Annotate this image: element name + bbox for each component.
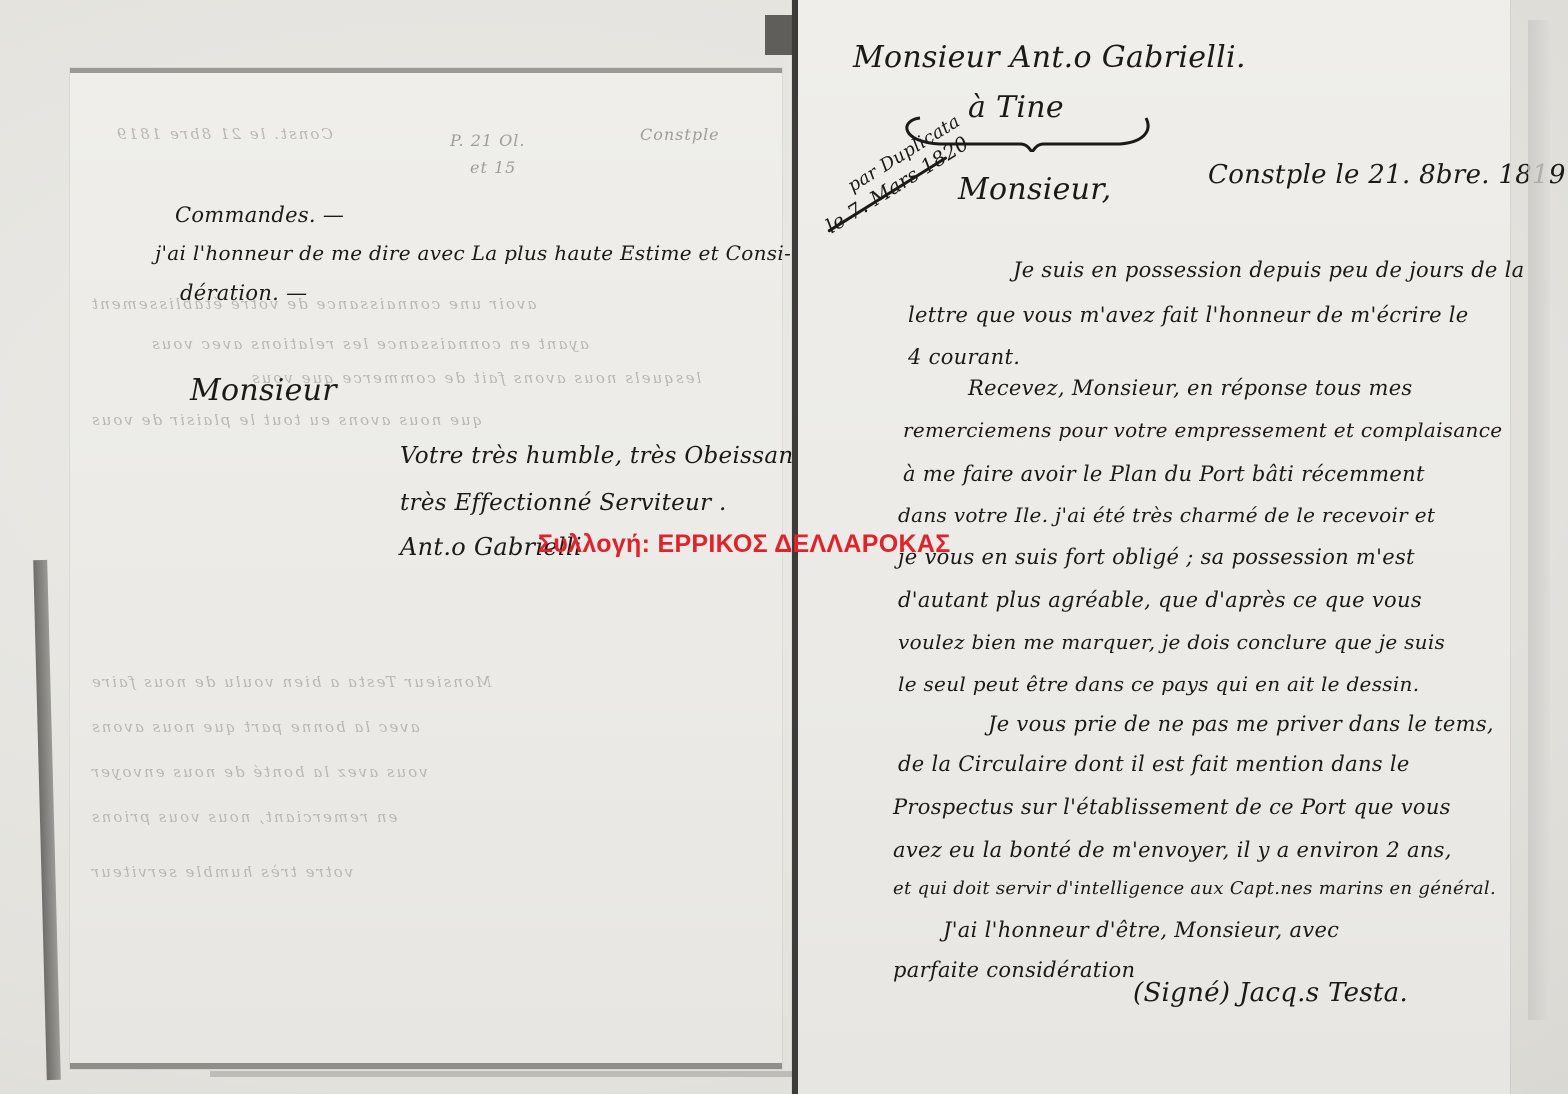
bleed-through-line: votre très humble serviteur [90, 863, 353, 881]
body-line: dans votre Ile. j'ai été très charmé de … [898, 503, 1435, 527]
address-brace-flourish [900, 110, 1160, 152]
bleed-through-line: ayant en connaissance les relations avec… [150, 335, 589, 353]
faint-header-date: Const. le 21 8bre 1819 [115, 125, 333, 143]
bleed-through-line: en remerciant, nous vous prions [90, 808, 397, 826]
body-line: je vous en suis fort obligé ; sa possess… [898, 545, 1415, 569]
body-line: avez eu la bonté de m'envoyer, il y a en… [893, 838, 1452, 862]
right-signature: (Signé) Jacq.s Testa. [1133, 978, 1408, 1008]
bleed-through-line: vous avez la bonté de nous envoyer [90, 763, 428, 781]
closing-consideration: dération. — [180, 281, 307, 305]
body-line: remerciemens pour votre empressement et … [903, 418, 1502, 442]
left-letter-page: Const. le 21 8bre 1819 P. 21 Ol. Constpl… [70, 68, 782, 1069]
body-line: lettre que vous m'avez fait l'honneur de… [908, 303, 1469, 327]
body-line: J'ai l'honneur d'être, Monsieur, avec [943, 918, 1339, 942]
body-line: de la Circulaire dont il est fait mentio… [898, 752, 1410, 776]
left-salutation: Monsieur [190, 373, 337, 408]
body-line: Prospectus sur l'établissement de ce Por… [893, 795, 1451, 819]
body-line: 4 courant. [908, 345, 1020, 369]
body-line: à me faire avoir le Plan du Port bâti ré… [903, 462, 1425, 486]
signoff-line-2: très Effectionné Serviteur . [400, 490, 727, 516]
body-line: parfaite considération [893, 958, 1135, 982]
faint-header-place: Constple [640, 125, 720, 144]
body-line: et qui doit servir d'intelligence aux Ca… [893, 878, 1496, 899]
body-line: Je suis en possession depuis peu de jour… [1013, 258, 1524, 282]
collection-watermark: Συλλογή: ΕΡΡΙΚΟΣ ΔΕΛΛΑΡΟΚΑΣ [538, 530, 951, 559]
body-line: voulez bien me marquer, je dois conclure… [898, 630, 1445, 654]
body-line: le seul peut être dans ce pays qui en ai… [898, 672, 1419, 696]
bleed-through-line: avoir une connaissance de votre établiss… [90, 295, 536, 313]
faint-header-num: et 15 [470, 158, 516, 177]
closing-honneur: j'ai l'honneur de me dire avec La plus h… [155, 241, 791, 265]
address-recipient: Monsieur Ant.o Gabrielli. [853, 40, 1246, 75]
right-salutation: Monsieur, [958, 172, 1111, 207]
closing-commandes: Commandes. — [175, 203, 344, 227]
signoff-line-1: Votre très humble, très Obeissant et [400, 443, 834, 469]
body-line: Je vous prie de ne pas me priver dans le… [988, 712, 1494, 736]
body-line: Recevez, Monsieur, en réponse tous mes [968, 376, 1413, 400]
bleed-through-line: que nous avons eu tout le plaisir de vou… [90, 411, 482, 429]
bleed-through-line: avec la bonne part que nous avons [90, 718, 420, 736]
bleed-through-line: Monsieur Testa a bien voulu de nous fair… [90, 673, 491, 691]
body-line: d'autant plus agréable, que d'après ce q… [898, 588, 1422, 612]
dateline: Constple le 21. 8bre. 1819. [1208, 160, 1568, 190]
faint-header-ref: P. 21 Ol. [450, 131, 525, 150]
